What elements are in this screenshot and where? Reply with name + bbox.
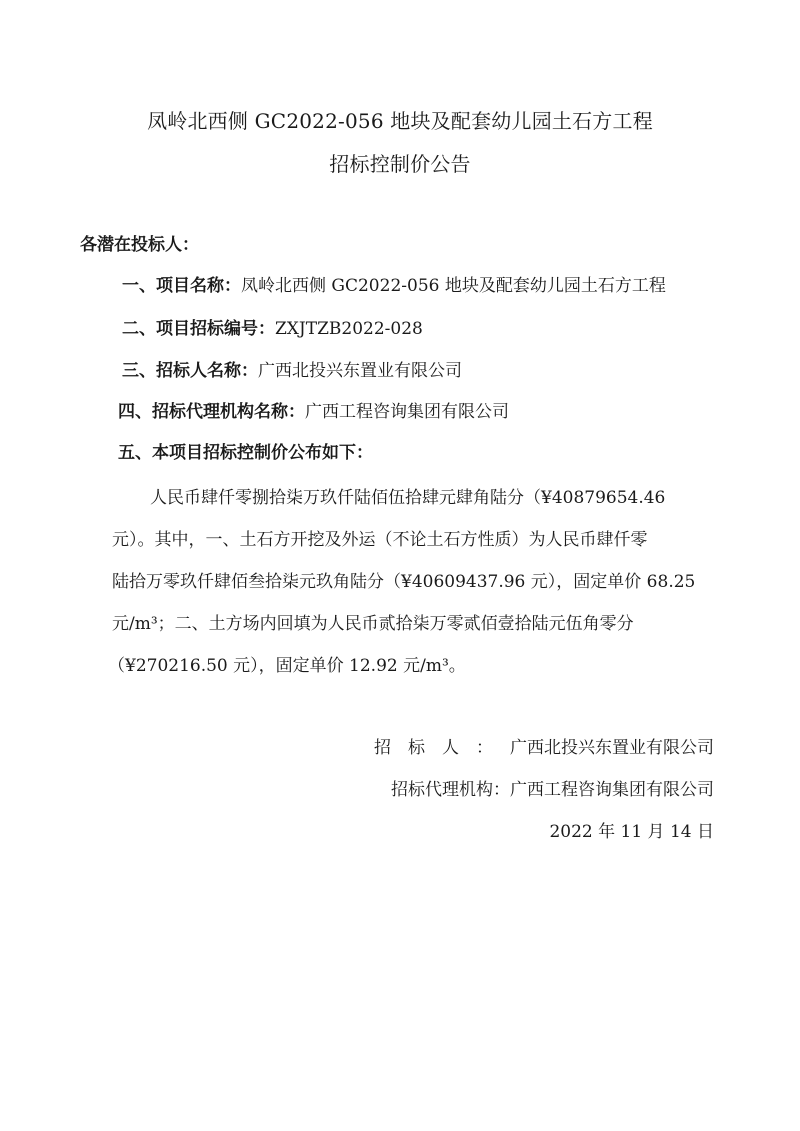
signature-label: 招标代理机构： [391, 780, 510, 800]
item-tender-number: 二、项目招标编号：ZXJTZB2022-028 [122, 318, 423, 340]
item-agent-name: 四、招标代理机构名称：广西工程咨询集团有限公司 [118, 401, 509, 423]
signature-value: 广西工程咨询集团有限公司 [510, 780, 714, 800]
body-paragraph-line: 人民币肆仟零捌拾柒万玖仟陆佰伍拾肆元肆角陆分（¥40879654.46 [150, 487, 665, 509]
signature-value: 广西北投兴东置业有限公司 [510, 738, 714, 758]
signature-agent: 招标代理机构：广西工程咨询集团有限公司 [391, 779, 714, 801]
item-value: 凤岭北西侧 GC2022-056 地块及配套幼儿园土石方工程 [241, 276, 666, 296]
body-paragraph-line: 陆拾万零玖仟肆佰叁拾柒元玖角陆分（¥40609437.96 元），固定单价 68… [112, 571, 695, 593]
item-value: 广西北投兴东置业有限公司 [258, 361, 462, 381]
page-title: 凤岭北西侧 GC2022-056 地块及配套幼儿园土石方工程 [0, 105, 800, 134]
item-label: 三、招标人名称： [122, 361, 258, 381]
item-label: 一、项目名称： [122, 276, 241, 296]
signature-label: 招标人： [374, 738, 510, 758]
item-tenderer-name: 三、招标人名称：广西北投兴东置业有限公司 [122, 360, 462, 382]
document-page: 凤岭北西侧 GC2022-056 地块及配套幼儿园土石方工程 招标控制价公告 各… [0, 0, 800, 1131]
item-label: 二、项目招标编号： [122, 319, 275, 339]
signature-tenderer: 招标人：广西北投兴东置业有限公司 [374, 737, 714, 759]
item-control-price-heading: 五、本项目招标控制价公布如下： [118, 442, 373, 464]
item-label: 五、本项目招标控制价公布如下： [118, 443, 373, 463]
item-project-name: 一、项目名称：凤岭北西侧 GC2022-056 地块及配套幼儿园土石方工程 [122, 275, 666, 297]
body-paragraph-line: 元）。其中，一、土石方开挖及外运（不论土石方性质）为人民币肆仟零 [112, 529, 648, 551]
item-value: ZXJTZB2022-028 [275, 319, 423, 339]
body-paragraph-line: （¥270216.50 元），固定单价 12.92 元/m³。 [108, 655, 466, 677]
body-paragraph-line: 元/m³；二、土方场内回填为人民币贰拾柒万零贰佰壹拾陆元伍角零分 [112, 613, 634, 635]
salutation: 各潜在投标人： [80, 234, 199, 256]
page-subtitle: 招标控制价公告 [0, 148, 800, 177]
item-label: 四、招标代理机构名称： [118, 402, 305, 422]
signature-date: 2022 年 11 月 14 日 [549, 821, 714, 843]
item-value: 广西工程咨询集团有限公司 [305, 402, 509, 422]
